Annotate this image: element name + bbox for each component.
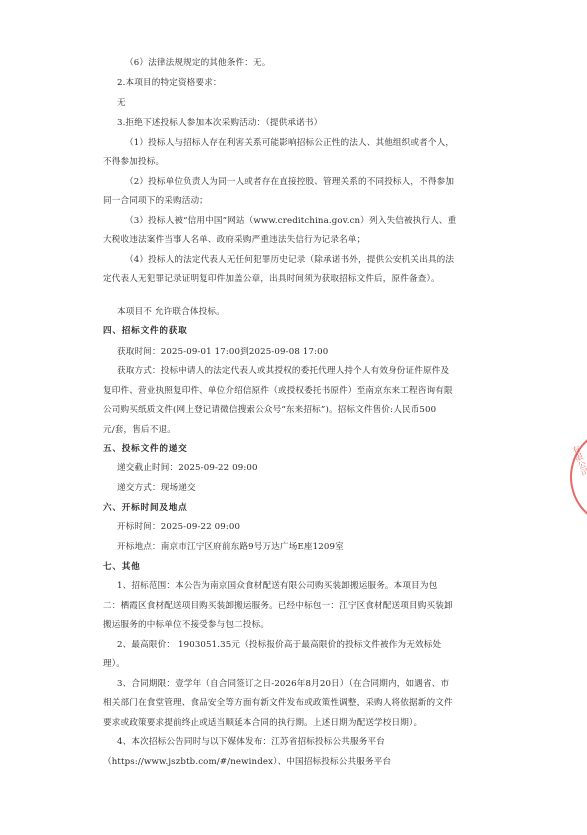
section-heading: 五、投标文件的递交 xyxy=(103,443,188,455)
text-line: （2）投标单位负责人为同一人或者存在直接控股、管理关系的不同投标人，不得参加 xyxy=(125,176,454,188)
text-line: 3、合同期限：壹学年（自合同签订之日-2026年8月20日）（在合同期内，如遇省… xyxy=(117,678,449,690)
text-line: 不得参加投标。 xyxy=(103,156,164,168)
text-line: （3）投标人被“信用中国”网站（www.creditchina.gov.cn）列… xyxy=(125,215,456,227)
text-line: 元/套，售后不退。 xyxy=(103,424,176,436)
document-page: （6）法律法规规定的其他条件：无。 2.本项目的特定资格要求： 无 3.拒绝下述… xyxy=(0,0,587,835)
text-line: 4、本次招标公告同时与以下媒体发布：江苏省招标投标公共服务平台 xyxy=(117,736,385,748)
text-line: 2.本项目的特定资格要求： xyxy=(117,77,222,89)
text-line: 相关部门在食堂管理、食品安全等方面有新文件发布或政策性调整，采购人将依据新的文件 xyxy=(103,697,453,709)
section-heading: 七、其他 xyxy=(103,561,141,573)
text-line: 开标时间：2025-09-22 09:00 xyxy=(117,521,240,533)
text-line: 搬运服务的中标单位不接受参与包二投标。 xyxy=(103,619,269,631)
text-line: 大税收违法案件当事人名单、政府采购严重违法失信行为记录名单； xyxy=(103,234,365,246)
section-heading: 六、开标时间及地点 xyxy=(103,502,188,514)
text-line: （6）法律法规规定的其他条件：无。 xyxy=(125,57,271,69)
section-heading: 四、招标文件的获取 xyxy=(103,325,188,337)
text-line: 递交方式：现场递交 xyxy=(117,482,196,494)
text-line: 获取时间：2025-09-01 17:00到2025-09-08 17:00 xyxy=(117,346,328,358)
text-line: 无 xyxy=(117,97,126,109)
text-line: 复印件、营业执照复印件、单位介绍信原件（或授权委托书原件）至南京东来工程咨询有限 xyxy=(103,385,453,397)
text-line: （https://www.jszbtb.com/#/newindex）、中国招标… xyxy=(103,756,391,768)
red-seal-stamp xyxy=(570,428,587,526)
text-line: 递交截止时间：2025-09-22 09:00 xyxy=(117,462,258,474)
text-line: 同一合同项下的采购活动； xyxy=(103,195,208,207)
text-line: 二：栖霞区食材配送项目购买装卸搬运服务。已经中标包一：江宁区食材配送项目购买装卸 xyxy=(103,600,453,612)
text-line: 获取方式：投标申请人的法定代表人或其授权的委托代理人持个人有效身份证件原件及 xyxy=(117,365,449,377)
text-line: 要求或政策要求提前终止或适当顺延本合同的执行期。上述日期为配送学校日期）。 xyxy=(103,717,422,729)
text-line: 1、招标范围：本公告为南京国众食材配送有限公司购买装卸搬运服务。本项目为包 xyxy=(117,580,437,592)
text-line: 开标地点：南京市江宁区府前东路9号万达广场E座1209室 xyxy=(117,541,344,553)
text-line: 3.拒绝下述投标人参加本次采购活动：（提供承诺书） xyxy=(117,117,322,129)
text-line: （4）投标人的法定代表人无任何犯罪历史记录（除承诺书外，提供公安机关出具的法 xyxy=(125,254,454,266)
text-line: 2、最高限价： 1903051.35元（投标报价高于最高限价的投标文件被作为无效… xyxy=(117,639,441,651)
text-line: 公司购买纸质文件(网上登记请微信搜索公众号“东来招标”)。招标文件售价:人民币5… xyxy=(103,404,436,416)
text-line: 理）。 xyxy=(103,658,125,670)
text-line: （1）投标人与招标人存在利害关系可能影响招标公正性的法人、其他组织或者个人， xyxy=(125,137,454,149)
text-line: 本项目不 允许联合体投标。 xyxy=(117,306,225,318)
text-line: 定代表人无犯罪记录证明复印件加盖公章，出具时间须为获取招标文件后，原件备查）。 xyxy=(103,273,440,285)
